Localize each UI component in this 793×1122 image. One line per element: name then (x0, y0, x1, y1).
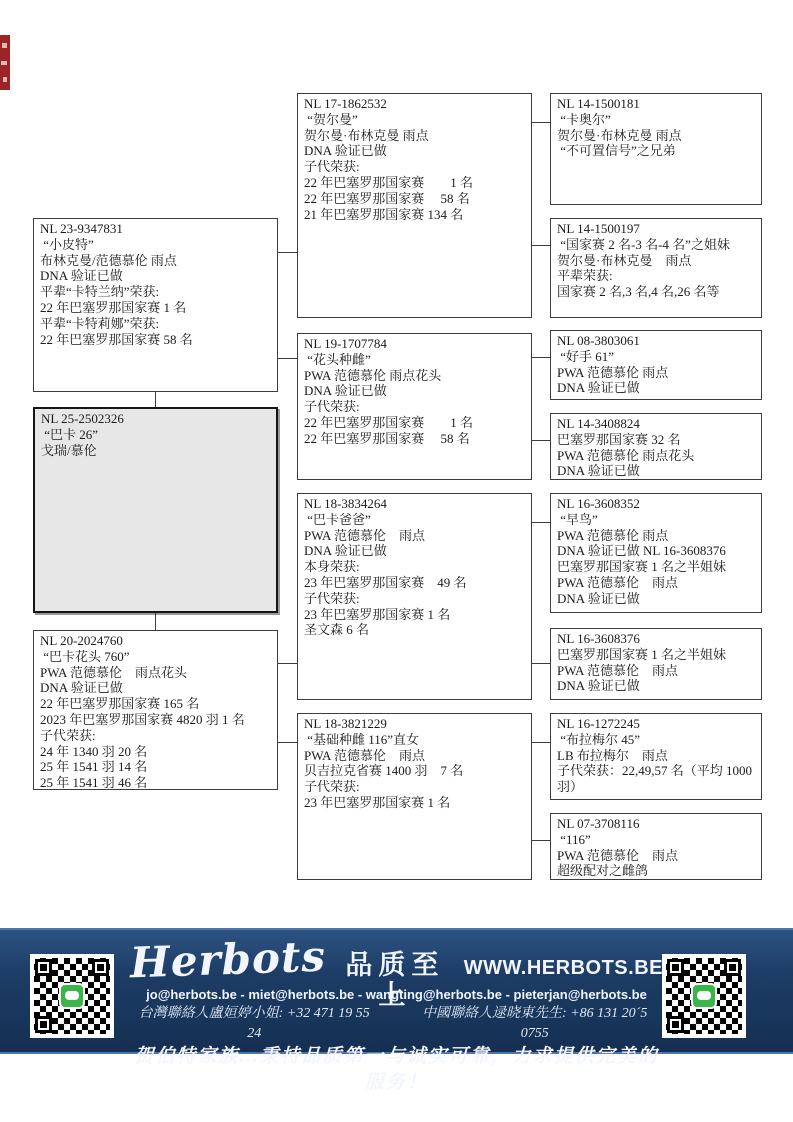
pedigree-text-line: DNA 验证已做 (40, 268, 272, 284)
pedigree-text-line: “花头种雌” (304, 352, 526, 368)
pedigree-text-line: NL 20-2024760 (40, 633, 272, 649)
pedigree-text-line: 22 年巴塞罗那国家赛 58 名 (304, 191, 526, 207)
qr-finder-icon (724, 959, 741, 976)
pedigree-text-line: 超级配对之雌鸽 (557, 863, 756, 879)
pedigree-connector (278, 252, 297, 253)
pedigree-text-line: 子代荣获: (304, 159, 526, 175)
footer-content: Herbots 品质至上 WWW.HERBOTS.BE jo@herbots.b… (130, 940, 663, 1096)
pedigree-text-line: PWA 范德慕伦 雨点 (304, 528, 526, 544)
pedigree-text-line: “巴卡爸爸” (304, 512, 526, 528)
pedigree-text-line: 子代荣获: (40, 728, 272, 744)
left-edge-red-mark (0, 35, 10, 90)
pedigree-text-line: 25 年 1541 羽 14 名 (40, 759, 272, 775)
pedigree-text-line: 巴塞罗那国家赛 1 名之半姐妹 (557, 647, 756, 663)
pedigree-text-line: 贺尔曼·布林克曼 雨点 (557, 128, 756, 144)
pedigree-text-line: NL 14-1500197 (557, 221, 756, 237)
pedigree-text-line: “好手 61” (557, 349, 756, 365)
pedigree-connector (532, 440, 551, 441)
pedigree-text-line: DNA 验证已做 (557, 463, 756, 479)
pedigree-text-line: “巴卡 26” (41, 427, 271, 443)
footer-website: WWW.HERBOTS.BE (464, 955, 663, 981)
pedigree-text-line: NL 16-1272245 (557, 716, 756, 732)
pedigree-text-line: 21 年巴塞罗那国家赛 134 名 (304, 207, 526, 223)
pedigree-connector (278, 742, 297, 743)
pedigree-text-line: 22 年巴塞罗那国家赛 58 名 (304, 431, 526, 447)
box-sire: NL 23-9347831 “小皮特”布林克曼/范德慕伦 雨点DNA 验证已做平… (33, 218, 278, 392)
pedigree-text-line: “116” (557, 832, 756, 848)
pedigree-text-line: “卡奥尔” (557, 112, 756, 128)
pedigree-text-line: NL 16-3608352 (557, 496, 756, 512)
pedigree-text-line: NL 08-3803061 (557, 333, 756, 349)
pedigree-text-line: “巴卡花头 760” (40, 649, 272, 665)
pedigree-connector (532, 742, 551, 743)
pedigree-text-line: 24 年 1340 羽 20 名 (40, 744, 272, 760)
contact-taiwan: 台灣聯絡人盧姮婷小姐: +32 471 19 55 24 (130, 1004, 378, 1044)
pedigree-text-line: PWA 范德慕伦 雨点 (557, 663, 756, 679)
pedigree-text-line: NL 19-1707784 (304, 336, 526, 352)
pedigree-text-line: 布林克曼/范德慕伦 雨点 (40, 253, 272, 269)
pedigree-text-line: 平辈“卡特兰纳”荣获: (40, 284, 272, 300)
pedigree-text-line: 圣文森 6 名 (304, 622, 526, 638)
pedigree-text-line: 23 年巴塞罗那国家赛 1 名 (304, 607, 526, 623)
qr-finder-icon (92, 959, 109, 976)
pedigree-text-line: DNA 验证已做 (304, 383, 526, 399)
pedigree-text-line: “贺尔曼” (304, 112, 526, 128)
box-great-grandparent-6: NL 16-3608376巴塞罗那国家赛 1 名之半姐妹PWA 范德慕伦 雨点D… (550, 628, 762, 700)
pedigree-text-line: “国家赛 2 名-3 名-4 名”之姐妹 (557, 237, 756, 253)
pedigree-text-line: 贝吉拉克省赛 1400 羽 7 名 (304, 763, 526, 779)
pedigree-text-line: NL 14-1500181 (557, 96, 756, 112)
pedigree-text-line: PWA 范德慕伦 雨点 (557, 848, 756, 864)
pedigree-text-line: PWA 范德慕伦 雨点 (304, 748, 526, 764)
wechat-icon (691, 983, 717, 1009)
box-great-grandparent-2: NL 14-1500197 “国家赛 2 名-3 名-4 名”之姐妹贺尔曼·布林… (550, 218, 762, 318)
herbots-logo: Herbots (129, 937, 326, 984)
pedigree-text-line: NL 18-3834264 (304, 496, 526, 512)
pedigree-text-line: 平辈“卡特莉娜”荣获: (40, 316, 272, 332)
pedigree-connector (532, 245, 551, 246)
pedigree-text-line: PWA 范德慕伦 雨点花头 (557, 448, 756, 464)
pedigree-text-line: PWA 范德慕伦 雨点花头 (40, 665, 272, 681)
pedigree-text-line: “小皮特” (40, 237, 272, 253)
pedigree-text-line: NL 16-3608376 (557, 631, 756, 647)
box-great-grandparent-7: NL 16-1272245 “布拉梅尔 45”LB 布拉梅尔 雨点子代荣获：22… (550, 713, 762, 800)
footer-slogan: 贺伯特家族...秉持品质第一与诚实可靠，力求提供完美的服务！ (130, 1044, 663, 1096)
pedigree-text-line: 贺尔曼·布林克曼 雨点 (557, 253, 756, 269)
pedigree-text-line: 戈瑞/慕伦 (41, 443, 271, 459)
pedigree-text-line: “早鸟” (557, 512, 756, 528)
pedigree-text-line: DNA 验证已做 NL 16-3608376 (557, 543, 756, 559)
qr-code-wechat (662, 954, 746, 1038)
pedigree-text-line: PWA 范德慕伦 雨点 (557, 528, 756, 544)
pedigree-text-line: PWA 范德慕伦 雨点 (557, 365, 756, 381)
pedigree-connector (155, 613, 156, 630)
pedigree-text-line: 巴塞罗那国家赛 32 名 (557, 432, 756, 448)
qr-finder-icon (667, 959, 684, 976)
box-dam-sire: NL 18-3834264 “巴卡爸爸”PWA 范德慕伦 雨点DNA 验证已做本… (297, 493, 532, 700)
pedigree-connector (532, 122, 551, 123)
box-great-grandparent-3: NL 08-3803061 “好手 61”PWA 范德慕伦 雨点DNA 验证已做 (550, 330, 762, 400)
box-great-grandparent-8: NL 07-3708116 “116”PWA 范德慕伦 雨点超级配对之雌鸽 (550, 813, 762, 880)
pedigree-text-line: NL 18-3821229 (304, 716, 526, 732)
pedigree-text-line: 子代荣获: (304, 591, 526, 607)
pedigree-text-line: 22 年巴塞罗那国家赛 1 名 (304, 175, 526, 191)
pedigree-text-line: LB 布拉梅尔 雨点 (557, 748, 756, 764)
pedigree-text-line: NL 17-1862532 (304, 96, 526, 112)
pedigree-text-line: NL 07-3708116 (557, 816, 756, 832)
pedigree-text-line: DNA 验证已做 (40, 680, 272, 696)
box-sire-dam: NL 19-1707784 “花头种雌”PWA 范德慕伦 雨点花头DNA 验证已… (297, 333, 532, 480)
pedigree-text-line: 23 年巴塞罗那国家赛 1 名 (304, 795, 526, 811)
pedigree-text-line: NL 23-9347831 (40, 221, 272, 237)
pedigree-text-line: DNA 验证已做 (304, 543, 526, 559)
box-great-grandparent-4: NL 14-3408824巴塞罗那国家赛 32 名PWA 范德慕伦 雨点花头DN… (550, 413, 762, 480)
pedigree-text-line: NL 25-2502326 (41, 411, 271, 427)
pedigree-connector (278, 663, 297, 664)
pedigree-text-line: PWA 范德慕伦 雨点 (557, 575, 756, 591)
pedigree-text-line: 子代荣获：22,49,57 名（平均 1000 羽） (557, 763, 756, 795)
pedigree-text-line: 25 年 1541 羽 46 名 (40, 775, 272, 790)
box-dam-dam: NL 18-3821229 “基础种雌 116”直女PWA 范德慕伦 雨点贝吉拉… (297, 713, 532, 880)
pedigree-text-line: NL 14-3408824 (557, 416, 756, 432)
pedigree-text-line: 22 年巴塞罗那国家赛 1 名 (304, 415, 526, 431)
qr-finder-icon (35, 959, 52, 976)
pedigree-text-line: 本身荣获: (304, 559, 526, 575)
contact-china: 中國聯絡人逯晓東先生: +86 131 20´5 0755 (406, 1004, 663, 1044)
pedigree-text-line: 22 年巴塞罗那国家赛 58 名 (40, 332, 272, 348)
qr-finder-icon (35, 1016, 52, 1033)
qr-finder-icon (667, 1016, 684, 1033)
pedigree-text-line: 贺尔曼·布林克曼 雨点 (304, 128, 526, 144)
pedigree-text-line: 子代荣获: (304, 399, 526, 415)
pedigree-text-line: 23 年巴塞罗那国家赛 49 名 (304, 575, 526, 591)
box-dam: NL 20-2024760 “巴卡花头 760”PWA 范德慕伦 雨点花头DNA… (33, 630, 278, 790)
pedigree-connector (155, 392, 156, 407)
box-sire-sire: NL 17-1862532 “贺尔曼”贺尔曼·布林克曼 雨点DNA 验证已做子代… (297, 93, 532, 318)
footer-emails: jo@herbots.be - miet@herbots.be - wangti… (130, 986, 663, 1004)
qr-code-line-app (30, 954, 114, 1038)
pedigree-page: NL 23-9347831 “小皮特”布林克曼/范德慕伦 雨点DNA 验证已做平… (0, 0, 793, 1122)
pedigree-text-line: 子代荣获: (304, 779, 526, 795)
pedigree-text-line: “不可置信号”之兄弟 (557, 143, 756, 159)
footer-banner: Herbots 品质至上 WWW.HERBOTS.BE jo@herbots.b… (0, 928, 793, 1054)
pedigree-text-line: DNA 验证已做 (304, 143, 526, 159)
box-subject: NL 25-2502326 “巴卡 26”戈瑞/慕伦 (33, 407, 278, 613)
pedigree-connector (532, 522, 551, 523)
pedigree-text-line: 22 年巴塞罗那国家赛 165 名 (40, 696, 272, 712)
pedigree-text-line: PWA 范德慕伦 雨点花头 (304, 368, 526, 384)
pedigree-text-line: DNA 验证已做 (557, 591, 756, 607)
pedigree-text-line: 2023 年巴塞罗那国家赛 4820 羽 1 名 (40, 712, 272, 728)
footer-contacts: 台灣聯絡人盧姮婷小姐: +32 471 19 55 24 中國聯絡人逯晓東先生:… (130, 1004, 663, 1044)
pedigree-text-line: “布拉梅尔 45” (557, 732, 756, 748)
box-great-grandparent-1: NL 14-1500181 “卡奥尔”贺尔曼·布林克曼 雨点 “不可置信号”之兄… (550, 93, 762, 205)
pedigree-text-line: DNA 验证已做 (557, 380, 756, 396)
pedigree-text-line: “基础种雌 116”直女 (304, 732, 526, 748)
pedigree-text-line: 平辈荣获: (557, 268, 756, 284)
pedigree-connector (532, 840, 551, 841)
box-great-grandparent-5: NL 16-3608352 “早鸟”PWA 范德慕伦 雨点DNA 验证已做 NL… (550, 493, 762, 613)
pedigree-text-line: DNA 验证已做 (557, 678, 756, 694)
pedigree-text-line: 巴塞罗那国家赛 1 名之半姐妹 (557, 559, 756, 575)
pedigree-connector (278, 358, 297, 359)
pedigree-connector (532, 357, 551, 358)
pedigree-connector (532, 663, 551, 664)
pedigree-text-line: 国家赛 2 名,3 名,4 名,26 名等 (557, 284, 756, 300)
pedigree-text-line: 22 年巴塞罗那国家赛 1 名 (40, 300, 272, 316)
line-app-icon (59, 983, 85, 1009)
